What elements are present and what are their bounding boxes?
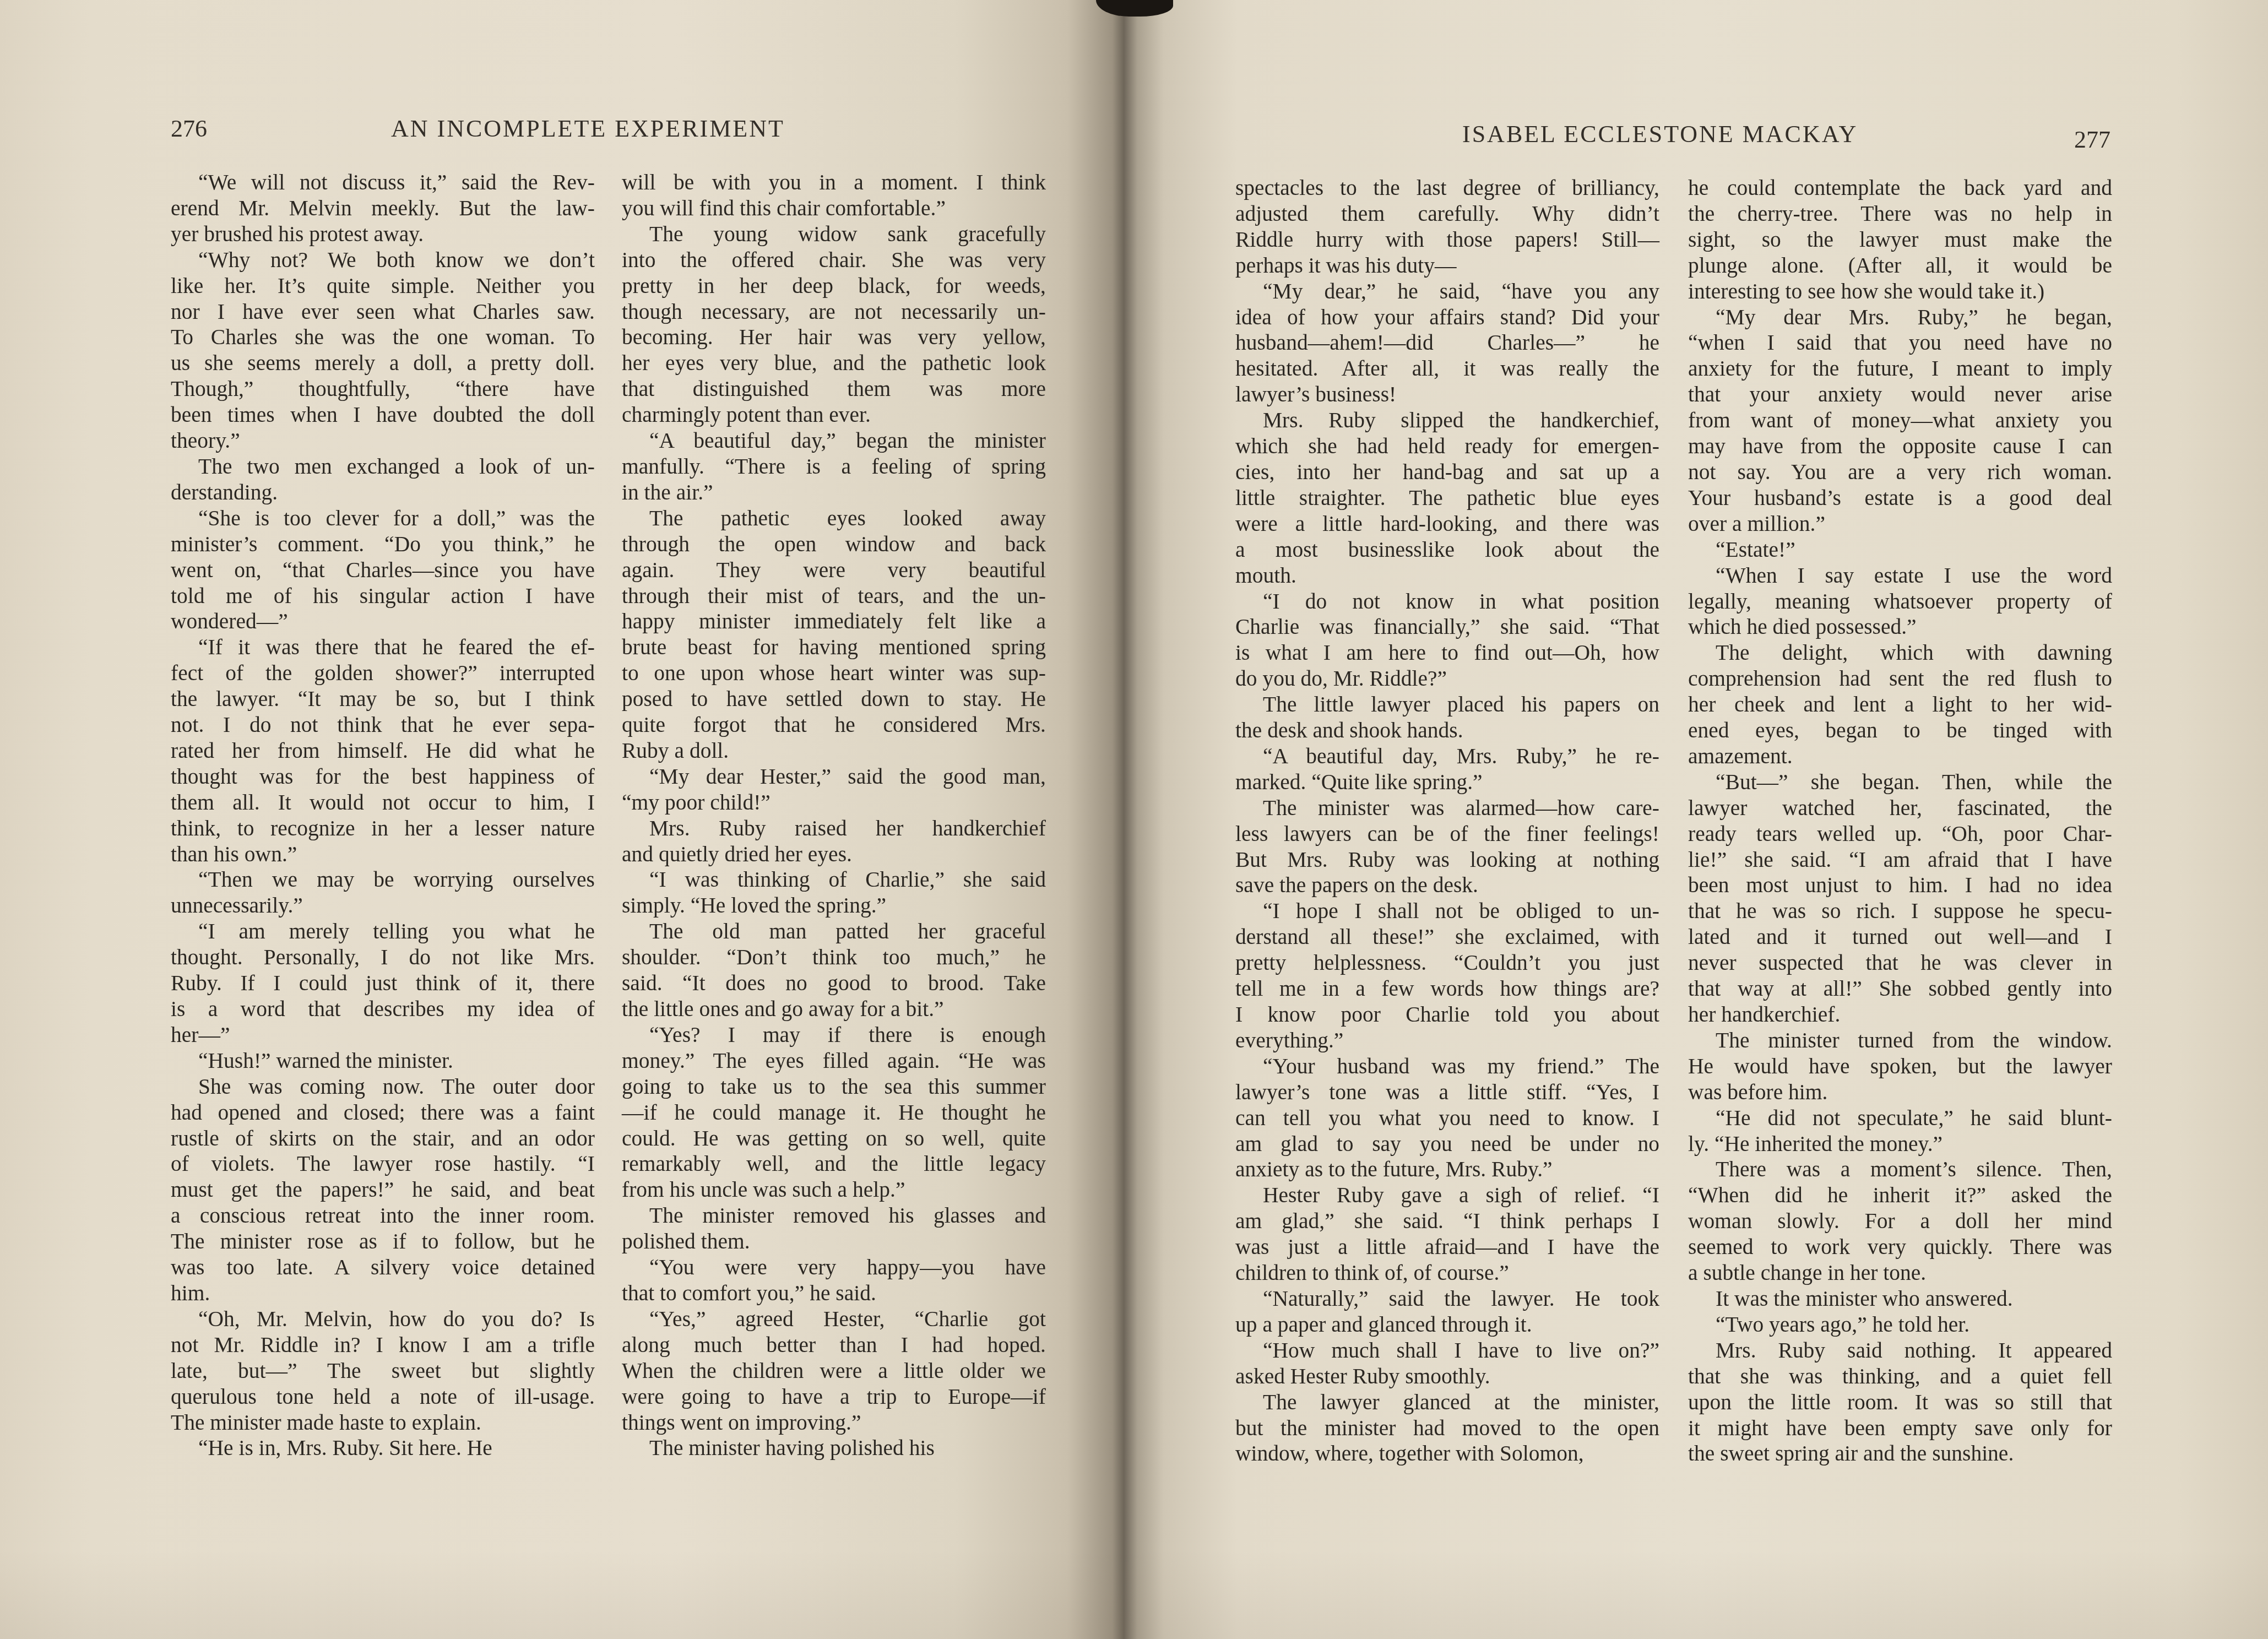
paragraph: The lawyer glanced at the minister,but t… bbox=[1235, 1390, 1659, 1467]
text-line: was before him. bbox=[1688, 1079, 2112, 1105]
text-line: “He did not speculate,” he said blunt- bbox=[1688, 1105, 2112, 1131]
text-line: from want of money—what anxiety you bbox=[1688, 408, 2112, 433]
text-line: into the offered chair. She was very bbox=[622, 247, 1046, 273]
text-line: —if he could manage it. He thought he bbox=[622, 1100, 1046, 1126]
text-line: polished them. bbox=[622, 1229, 1046, 1255]
text-line: rated her from himself. He did what he bbox=[171, 738, 595, 764]
paragraph: “I hope I shall not be obliged to un-der… bbox=[1235, 898, 1659, 1053]
paragraph: “A beautiful day,” began the ministerman… bbox=[622, 428, 1046, 506]
text-line: were going to have a trip to Europe—if bbox=[622, 1384, 1046, 1410]
text-line: She was coming now. The outer door bbox=[171, 1074, 595, 1100]
text-line: The lawyer glanced at the minister, bbox=[1235, 1390, 1659, 1415]
text-line: her cheek and lent a light to her wid- bbox=[1688, 692, 2112, 718]
text-line: lie!” she said. “I am afraid that I have bbox=[1688, 847, 2112, 873]
text-line: will be with you in a moment. I think bbox=[622, 170, 1046, 196]
right-page-column-2: he could contemplate the back yard andth… bbox=[1688, 175, 2112, 1467]
text-line: When the children were a little older we bbox=[622, 1358, 1046, 1384]
text-line: Ruby a doll. bbox=[622, 738, 1046, 764]
text-line: “I was thinking of Charlie,” she said bbox=[622, 867, 1046, 893]
page-number-right: 277 bbox=[2074, 126, 2110, 154]
paragraph: spectacles to the last degree of brillia… bbox=[1235, 175, 1659, 279]
text-line: that distinguished them was more bbox=[622, 376, 1046, 402]
text-line: “When I say estate I use the word bbox=[1688, 563, 2112, 589]
paragraph: Mrs. Ruby slipped the handkerchief,which… bbox=[1235, 408, 1659, 588]
paragraph: “My dear Hester,” said the good man,“my … bbox=[622, 764, 1046, 816]
text-line: he could contemplate the back yard and bbox=[1688, 175, 2112, 201]
paragraph: There was a moment’s silence. Then,“When… bbox=[1688, 1157, 2112, 1286]
text-line: am glad to say you need be under no bbox=[1235, 1131, 1659, 1157]
text-line: asked Hester Ruby smoothly. bbox=[1235, 1364, 1659, 1390]
text-line: that he was so rich. I suppose he specu- bbox=[1688, 898, 2112, 924]
text-line: ready tears welled up. “Oh, poor Char- bbox=[1688, 821, 2112, 847]
text-line: through the open window and back bbox=[622, 531, 1046, 557]
paragraph: “Two years ago,” he told her. bbox=[1688, 1312, 2112, 1338]
text-line: ened eyes, began to be tinged with bbox=[1688, 718, 2112, 743]
text-line: am glad,” she said. “I think perhaps I bbox=[1235, 1208, 1659, 1234]
text-line: erend Mr. Melvin meekly. But the law- bbox=[171, 196, 595, 221]
text-line: the little ones and go away for a bit.” bbox=[622, 996, 1046, 1022]
text-line: “Your husband was my friend.” The bbox=[1235, 1054, 1659, 1079]
text-line: had opened and closed; there was a faint bbox=[171, 1100, 595, 1126]
text-line: “Hush!” warned the minister. bbox=[171, 1048, 595, 1074]
text-line: lawyer’s business! bbox=[1235, 382, 1659, 408]
text-line: “If it was there that he feared the ef- bbox=[171, 634, 595, 660]
text-line: comprehension had sent the red flush to bbox=[1688, 666, 2112, 692]
paragraph: The young widow sank gracefullyinto the … bbox=[622, 221, 1046, 428]
text-line: The minister rose as if to follow, but h… bbox=[171, 1229, 595, 1255]
text-line: that way at all!” She sobbed gently into bbox=[1688, 976, 2112, 1002]
paragraph: “Estate!” bbox=[1688, 537, 2112, 563]
text-line: amazement. bbox=[1688, 743, 2112, 769]
text-line: that your anxiety would never arise bbox=[1688, 382, 2112, 408]
text-line: a conscious retreat into the inner room. bbox=[171, 1203, 595, 1229]
paragraph: “If it was there that he feared the ef-f… bbox=[171, 634, 595, 867]
text-line: from his uncle was such a help.” bbox=[622, 1177, 1046, 1203]
text-line: anxiety for the future, I meant to imply bbox=[1688, 356, 2112, 382]
text-line: than his own.” bbox=[171, 842, 595, 867]
paragraph: The pathetic eyes looked awaythrough the… bbox=[622, 506, 1046, 764]
text-line: the cherry-tree. There was no help in bbox=[1688, 201, 2112, 227]
text-line: Riddle hurry with those papers! Still— bbox=[1235, 227, 1659, 253]
text-line: little straighter. The pathetic blue eye… bbox=[1235, 485, 1659, 511]
text-line: The minister turned from the window. bbox=[1688, 1028, 2112, 1054]
text-line: “when I said that you need have no bbox=[1688, 330, 2112, 356]
paragraph: “My dear Mrs. Ruby,” he began,“when I sa… bbox=[1688, 305, 2112, 537]
text-line: “I hope I shall not be obliged to un- bbox=[1235, 898, 1659, 924]
paragraph: “He did not speculate,” he said blunt-ly… bbox=[1688, 1105, 2112, 1157]
text-line: woman slowly. For a doll her mind bbox=[1688, 1208, 2112, 1234]
text-line: not. I do not think that he ever sepa- bbox=[171, 712, 595, 738]
text-line: sight, so the lawyer must make the bbox=[1688, 227, 2112, 253]
paragraph: “Then we may be worrying ourselvesunnece… bbox=[171, 867, 595, 919]
text-line: derstand all these!” she exclaimed, with bbox=[1235, 924, 1659, 950]
text-line: thought. Personally, I do not like Mrs. bbox=[171, 945, 595, 970]
running-head-left: AN INCOMPLETE EXPERIMENT bbox=[391, 115, 785, 143]
text-line: The old man patted her graceful bbox=[622, 919, 1046, 945]
paragraph: The little lawyer placed his papers onth… bbox=[1235, 692, 1659, 743]
paragraph: The minister having polished his bbox=[622, 1435, 1046, 1461]
text-line: He would have spoken, but the lawyer bbox=[1688, 1054, 2112, 1079]
text-line: and quietly dried her eyes. bbox=[622, 842, 1046, 867]
text-line: the lawyer. “It may be so, but I think bbox=[171, 686, 595, 712]
text-line: been most unjust to him. I had no idea bbox=[1688, 872, 2112, 898]
text-line: could. He was getting on so well, quite bbox=[622, 1126, 1046, 1152]
text-line: not Mr. Riddle in? I know I am a trifle bbox=[171, 1332, 595, 1358]
paragraph: “I do not know in what positionCharlie w… bbox=[1235, 589, 1659, 692]
text-line: went on, “that Charles—since you have bbox=[171, 557, 595, 583]
paragraph: “I am merely telling you what hethought.… bbox=[171, 919, 595, 1048]
text-line: “my poor child!” bbox=[622, 790, 1046, 816]
paragraph: “She is too clever for a doll,” was them… bbox=[171, 506, 595, 635]
text-line: “My dear Hester,” said the good man, bbox=[622, 764, 1046, 790]
text-line: upon the little room. It was so still th… bbox=[1688, 1390, 2112, 1415]
text-line: “Yes? I may if there is enough bbox=[622, 1022, 1046, 1048]
paragraph: “Naturally,” said the lawyer. He tookup … bbox=[1235, 1286, 1659, 1338]
text-line: The minister having polished his bbox=[622, 1435, 1046, 1461]
text-line: “Oh, Mr. Melvin, how do you do? Is bbox=[171, 1306, 595, 1332]
text-line: hesitated. After all, it was really the bbox=[1235, 356, 1659, 382]
text-line: remarkably well, and the little legacy bbox=[622, 1151, 1046, 1177]
text-line: were a little hard-looking, and there wa… bbox=[1235, 511, 1659, 537]
left-page-column-1: “We will not discuss it,” said the Rev-e… bbox=[171, 170, 595, 1461]
text-line: things went on improving.” bbox=[622, 1410, 1046, 1436]
text-line: been times when I have doubted the doll bbox=[171, 402, 595, 428]
text-line: wondered—” bbox=[171, 609, 595, 634]
text-line: the sweet spring air and the sunshine. bbox=[1688, 1441, 2112, 1467]
paragraph: “We will not discuss it,” said the Rev-e… bbox=[171, 170, 595, 247]
text-line: The two men exchanged a look of un- bbox=[171, 454, 595, 480]
text-line: was just a little afraid—and I have the bbox=[1235, 1234, 1659, 1260]
text-line: “He is in, Mrs. Ruby. Sit here. He bbox=[171, 1435, 595, 1461]
text-line: fect of the golden shower?” interrupted bbox=[171, 660, 595, 686]
text-line: brute beast for having mentioned spring bbox=[622, 634, 1046, 660]
text-line: To Charles she was the one woman. To bbox=[171, 324, 595, 350]
paragraph: The minister turned from the window.He w… bbox=[1688, 1028, 2112, 1105]
text-line: unnecessarily.” bbox=[171, 893, 595, 919]
text-line: lawyer’s tone was a little stiff. “Yes, … bbox=[1235, 1079, 1659, 1105]
text-line: But Mrs. Ruby was looking at nothing bbox=[1235, 847, 1659, 873]
text-line: tell me in a few words how things are? bbox=[1235, 976, 1659, 1002]
text-line: I know poor Charlie told you about bbox=[1235, 1002, 1659, 1028]
page-number-left: 276 bbox=[171, 115, 207, 143]
paragraph: “I was thinking of Charlie,” she saidsim… bbox=[622, 867, 1046, 919]
text-line: charmingly potent than ever. bbox=[622, 402, 1046, 428]
text-line: though necessary, are not necessarily un… bbox=[622, 299, 1046, 325]
paragraph: The minister was alarmed—how care-less l… bbox=[1235, 795, 1659, 899]
text-line: “How much shall I have to live on?” bbox=[1235, 1338, 1659, 1364]
text-line: “My dear Mrs. Ruby,” he began, bbox=[1688, 305, 2112, 330]
text-line: legally, meaning whatsoever property of bbox=[1688, 589, 2112, 615]
text-line: her—” bbox=[171, 1022, 595, 1048]
text-line: “I do not know in what position bbox=[1235, 589, 1659, 615]
text-line: Though,” thoughtfully, “there have bbox=[171, 376, 595, 402]
text-line: him. bbox=[171, 1280, 595, 1306]
text-line: like her. It’s quite simple. Neither you bbox=[171, 273, 595, 299]
text-line: spectacles to the last degree of brillia… bbox=[1235, 175, 1659, 201]
right-page-column-1: spectacles to the last degree of brillia… bbox=[1235, 175, 1659, 1467]
text-line: her handkerchief. bbox=[1688, 1002, 2112, 1028]
paragraph: The minister removed his glasses andpoli… bbox=[622, 1203, 1046, 1255]
paragraph: “A beautiful day, Mrs. Ruby,” he re-mark… bbox=[1235, 743, 1659, 795]
text-line: manfully. “There is a feeling of spring bbox=[622, 454, 1046, 480]
text-line: save the papers on the desk. bbox=[1235, 872, 1659, 898]
text-line: Mrs. Ruby raised her handkerchief bbox=[622, 816, 1046, 842]
text-line: pretty helplessness. “Couldn’t you just bbox=[1235, 950, 1659, 976]
text-line: think, to recognize in her a lesser natu… bbox=[171, 816, 595, 842]
text-line: a most businesslike look about the bbox=[1235, 537, 1659, 563]
text-line: going to take us to the sea this summer bbox=[622, 1074, 1046, 1100]
text-line: “Yes,” agreed Hester, “Charlie got bbox=[622, 1306, 1046, 1332]
text-line: “I am merely telling you what he bbox=[171, 919, 595, 945]
paragraph: The two men exchanged a look of un-derst… bbox=[171, 454, 595, 506]
text-line: rustle of skirts on the stair, and an od… bbox=[171, 1126, 595, 1152]
text-line: her eyes very blue, and the pathetic loo… bbox=[622, 350, 1046, 376]
text-line: “A beautiful day, Mrs. Ruby,” he re- bbox=[1235, 743, 1659, 769]
left-page-column-2: will be with you in a moment. I thinkyou… bbox=[622, 170, 1046, 1461]
text-line: “My dear,” he said, “have you any bbox=[1235, 279, 1659, 305]
text-line: anxiety as to the future, Mrs. Ruby.” bbox=[1235, 1157, 1659, 1182]
text-line: There was a moment’s silence. Then, bbox=[1688, 1157, 2112, 1182]
paragraph: “My dear,” he said, “have you anyidea of… bbox=[1235, 279, 1659, 408]
text-line: The pathetic eyes looked away bbox=[622, 506, 1046, 531]
text-line: plunge alone. (After all, it would be bbox=[1688, 253, 2112, 279]
page-edge-shading bbox=[0, 1551, 1124, 1639]
text-line: thought was for the best happiness of bbox=[171, 764, 595, 790]
paragraph: “When I say estate I use the wordlegally… bbox=[1688, 563, 2112, 641]
text-line: said. “It does no good to brood. Take bbox=[622, 970, 1046, 996]
text-line: interesting to see how she would take it… bbox=[1688, 279, 2112, 305]
text-line: to one upon whose heart winter was sup- bbox=[622, 660, 1046, 686]
text-line: lawyer watched her, fascinated, the bbox=[1688, 795, 2112, 821]
text-line: can tell you what you need to know. I bbox=[1235, 1105, 1659, 1131]
text-line: again. They were very beautiful bbox=[622, 557, 1046, 583]
text-line: The minister removed his glasses and bbox=[622, 1203, 1046, 1229]
paragraph: Mrs. Ruby raised her handkerchiefand qui… bbox=[622, 816, 1046, 867]
text-line: Ruby. If I could just think of it, there bbox=[171, 970, 595, 996]
text-line: us she seems merely a doll, a pretty dol… bbox=[171, 350, 595, 376]
paragraph: Hester Ruby gave a sigh of relief. “Iam … bbox=[1235, 1182, 1659, 1286]
paragraph: It was the minister who answered. bbox=[1688, 1286, 2112, 1312]
text-line: is a word that describes my idea of bbox=[171, 996, 595, 1022]
text-line: which he died possessed.” bbox=[1688, 614, 2112, 640]
text-line: everything.” bbox=[1235, 1028, 1659, 1054]
text-line: mouth. bbox=[1235, 563, 1659, 589]
text-line: told me of his singular action I have bbox=[171, 583, 595, 609]
text-line: “But—” she began. Then, while the bbox=[1688, 769, 2112, 795]
text-line: of violets. The lawyer rose hastily. “I bbox=[171, 1151, 595, 1177]
text-line: you will find this chair comfortable.” bbox=[622, 196, 1046, 221]
paragraph: will be with you in a moment. I thinkyou… bbox=[622, 170, 1046, 221]
text-line: marked. “Quite like spring.” bbox=[1235, 769, 1659, 795]
page-edge-shading bbox=[1124, 1551, 2268, 1639]
text-line: ly. “He inherited the money.” bbox=[1688, 1131, 2112, 1157]
paragraph: “Hush!” warned the minister. bbox=[171, 1048, 595, 1074]
text-line: “We will not discuss it,” said the Rev- bbox=[171, 170, 595, 196]
text-line: is what I am here to find out—Oh, how bbox=[1235, 640, 1659, 666]
running-head-right: ISABEL ECCLESTONE MACKAY bbox=[1462, 120, 1858, 148]
paragraph: The delight, which with dawningcomprehen… bbox=[1688, 640, 2112, 769]
paragraph: “You were very happy—you havethat to com… bbox=[622, 1255, 1046, 1306]
text-line: “Why not? We both know we don’t bbox=[171, 247, 595, 273]
text-line: over a million.” bbox=[1688, 511, 2112, 537]
text-line: Charlie was financially,” she said. “Tha… bbox=[1235, 614, 1659, 640]
text-line: not say. You are a very rich woman. bbox=[1688, 459, 2112, 485]
text-line: cies, into her hand-bag and sat up a bbox=[1235, 459, 1659, 485]
text-line: through their mist of tears, and the un- bbox=[622, 583, 1046, 609]
text-line: yer brushed his protest away. bbox=[171, 221, 595, 247]
text-line: derstanding. bbox=[171, 480, 595, 506]
text-line: “Naturally,” said the lawyer. He took bbox=[1235, 1286, 1659, 1312]
text-line: “She is too clever for a doll,” was the bbox=[171, 506, 595, 531]
text-line: querulous tone held a note of ill-usage. bbox=[171, 1384, 595, 1410]
text-line: in the air.” bbox=[622, 480, 1046, 506]
text-line: it might have been empty save only for bbox=[1688, 1415, 2112, 1441]
text-line: the desk and shook hands. bbox=[1235, 718, 1659, 743]
text-line: posed to have settled down to stay. He bbox=[622, 686, 1046, 712]
text-line: The minister made haste to explain. bbox=[171, 1410, 595, 1436]
paragraph: “Yes,” agreed Hester, “Charlie gotalong … bbox=[622, 1306, 1046, 1436]
text-line: The delight, which with dawning bbox=[1688, 640, 2112, 666]
text-line: may have from the opposite cause I can bbox=[1688, 433, 2112, 459]
text-line: never suspected that he was clever in bbox=[1688, 950, 2112, 976]
text-line: husband—ahem!—did Charles—” he bbox=[1235, 330, 1659, 356]
text-line: minister’s comment. “Do you think,” he bbox=[171, 531, 595, 557]
text-line: that to comfort you,” he said. bbox=[622, 1280, 1046, 1306]
text-line: The little lawyer placed his papers on bbox=[1235, 692, 1659, 718]
text-line: window, where, together with Solomon, bbox=[1235, 1441, 1659, 1467]
text-line: along much better than I had hoped. bbox=[622, 1332, 1046, 1358]
text-line: children to think of, of course.” bbox=[1235, 1260, 1659, 1286]
paragraph: “He is in, Mrs. Ruby. Sit here. He bbox=[171, 1435, 595, 1461]
paragraph: “How much shall I have to live on?”asked… bbox=[1235, 1338, 1659, 1390]
text-line: “Then we may be worrying ourselves bbox=[171, 867, 595, 893]
paragraph: “Why not? We both know we don’tlike her.… bbox=[171, 247, 595, 454]
text-line: was too late. A silvery voice detained bbox=[171, 1255, 595, 1280]
paragraph: he could contemplate the back yard andth… bbox=[1688, 175, 2112, 305]
text-line: lated and it turned out well—and I bbox=[1688, 924, 2112, 950]
text-line: less lawyers can be of the finer feeling… bbox=[1235, 821, 1659, 847]
text-line: becoming. Her hair was very yellow, bbox=[622, 324, 1046, 350]
text-line: must get the papers!” he said, and beat bbox=[171, 1177, 595, 1203]
text-line: theory.” bbox=[171, 428, 595, 454]
text-line: Mrs. Ruby said nothing. It appeared bbox=[1688, 1338, 2112, 1364]
paragraph: “Your husband was my friend.” Thelawyer’… bbox=[1235, 1054, 1659, 1183]
paragraph: “Yes? I may if there is enoughmoney.” Th… bbox=[622, 1022, 1046, 1203]
text-line: The young widow sank gracefully bbox=[622, 221, 1046, 247]
text-line: “When did he inherit it?” asked the bbox=[1688, 1182, 2112, 1208]
paragraph: The old man patted her gracefulshoulder.… bbox=[622, 919, 1046, 1022]
text-line: a subtle change in her tone. bbox=[1688, 1260, 2112, 1286]
text-line: It was the minister who answered. bbox=[1688, 1286, 2112, 1312]
paragraph: “But—” she began. Then, while thelawyer … bbox=[1688, 769, 2112, 1028]
text-line: The minister was alarmed—how care- bbox=[1235, 795, 1659, 821]
text-line: money.” The eyes filled again. “He was bbox=[622, 1048, 1046, 1074]
text-line: quite forgot that he considered Mrs. bbox=[622, 712, 1046, 738]
text-line: Hester Ruby gave a sigh of relief. “I bbox=[1235, 1182, 1659, 1208]
text-line: idea of how your affairs stand? Did your bbox=[1235, 305, 1659, 330]
text-line: “A beautiful day,” began the minister bbox=[622, 428, 1046, 454]
text-line: happy minister immediately felt like a bbox=[622, 609, 1046, 634]
text-line: late, but—” The sweet but slightly bbox=[171, 1358, 595, 1384]
text-line: that she was thinking, and a quiet fell bbox=[1688, 1364, 2112, 1390]
right-page: ISABEL ECCLESTONE MACKAY 277 spectacles … bbox=[1124, 0, 2268, 1639]
text-line: shoulder. “Don’t think too much,” he bbox=[622, 945, 1046, 970]
text-line: do you do, Mr. Riddle?” bbox=[1235, 666, 1659, 692]
text-line: but the minister had moved to the open bbox=[1235, 1415, 1659, 1441]
text-line: up a paper and glanced through it. bbox=[1235, 1312, 1659, 1338]
text-line: “You were very happy—you have bbox=[622, 1255, 1046, 1280]
text-line: them all. It would not occur to him, I bbox=[171, 790, 595, 816]
text-line: perhaps it was his duty— bbox=[1235, 253, 1659, 279]
text-line: Your husband’s estate is a good deal bbox=[1688, 485, 2112, 511]
text-line: which she had held ready for emergen- bbox=[1235, 433, 1659, 459]
text-line: seemed to work very quickly. There was bbox=[1688, 1234, 2112, 1260]
left-page: 276 AN INCOMPLETE EXPERIMENT “We will no… bbox=[0, 0, 1124, 1639]
text-line: nor I have ever seen what Charles saw. bbox=[171, 299, 595, 325]
paragraph: Mrs. Ruby said nothing. It appearedthat … bbox=[1688, 1338, 2112, 1467]
text-line: simply. “He loved the spring.” bbox=[622, 893, 1046, 919]
paragraph: She was coming now. The outer doorhad op… bbox=[171, 1074, 595, 1306]
text-line: “Two years ago,” he told her. bbox=[1688, 1312, 2112, 1338]
text-line: Mrs. Ruby slipped the handkerchief, bbox=[1235, 408, 1659, 433]
text-line: adjusted them carefully. Why didn’t bbox=[1235, 201, 1659, 227]
paragraph: “Oh, Mr. Melvin, how do you do? Isnot Mr… bbox=[171, 1306, 595, 1436]
text-line: pretty in her deep black, for weeds, bbox=[622, 273, 1046, 299]
text-line: “Estate!” bbox=[1688, 537, 2112, 563]
